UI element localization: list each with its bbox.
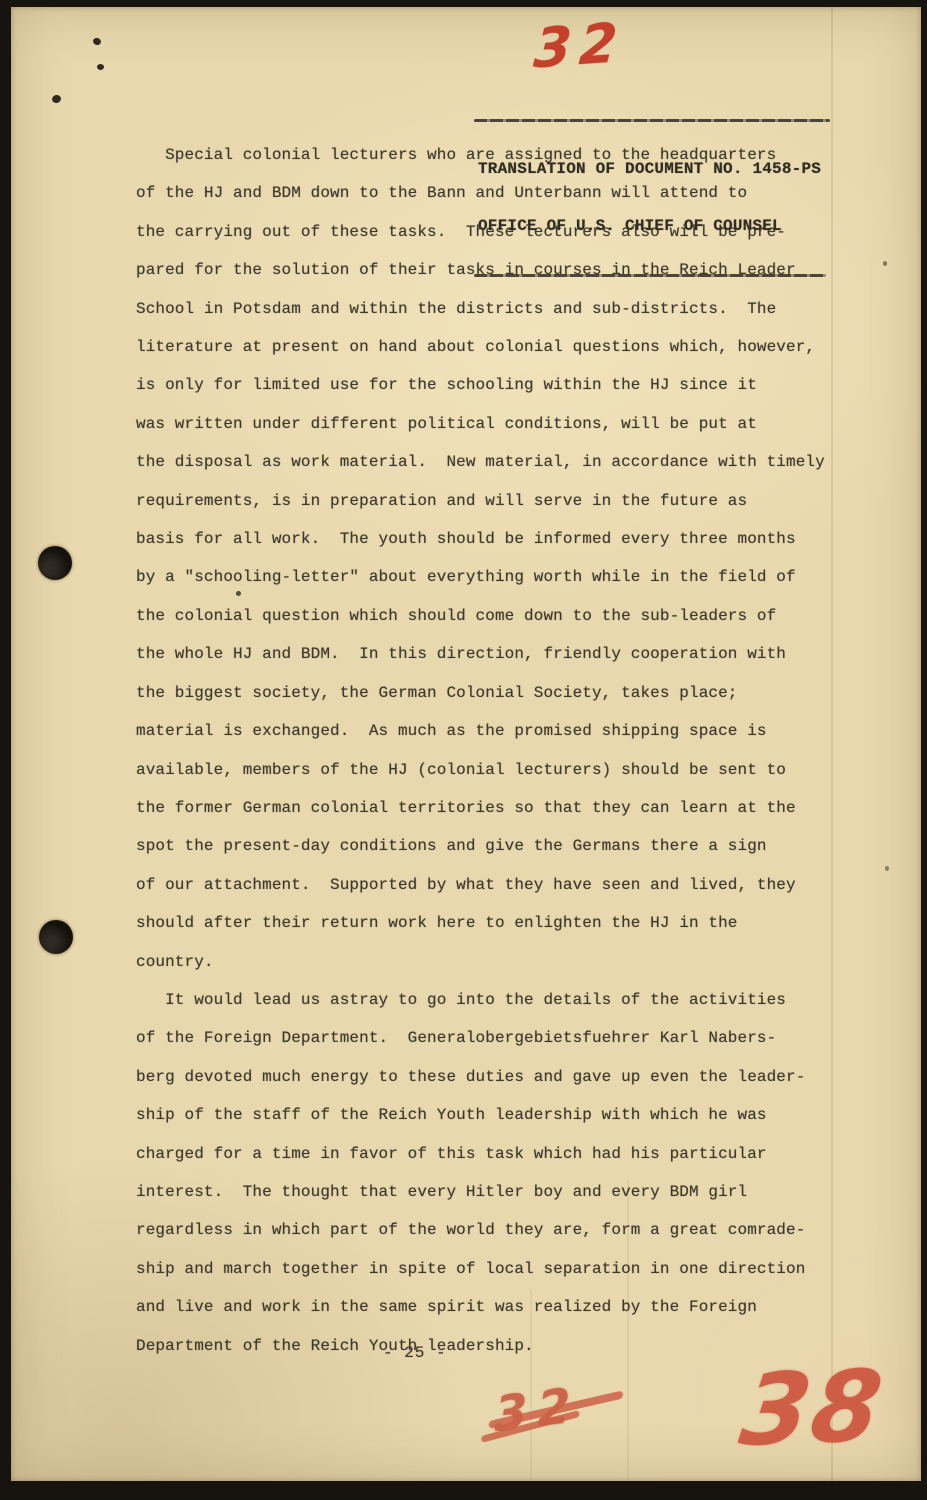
header-overline [474,119,830,122]
text-line: of the HJ and BDM down to the Bann and U… [136,174,836,212]
handwritten-page-number-bottom: 38 [734,1349,890,1469]
text-line: of the Foreign Department. Generaloberge… [136,1019,836,1057]
text-line: Special colonial lecturers who are assig… [136,136,836,174]
text-line: material is exchanged. As much as the pr… [136,712,836,750]
text-line: ship of the staff of the Reich Youth lea… [136,1096,836,1134]
ink-speck [883,261,887,266]
text-line: available, members of the HJ (colonial l… [136,751,836,789]
text-line: spot the present-day conditions and give… [136,827,836,865]
text-line: literature at present on hand about colo… [136,328,836,366]
text-line: should after their return work here to e… [136,904,836,942]
text-line: pared for the solution of their tasks in… [136,251,836,289]
scanned-document: 32 TRANSLATION OF DOCUMENT NO. 1458-PS O… [0,0,927,1500]
text-line: country. [136,943,836,981]
text-line: was written under different political co… [136,405,836,443]
text-line: regardless in which part of the world th… [136,1211,836,1249]
text-line: of our attachment. Supported by what the… [136,866,836,904]
text-line: requirements, is in preparation and will… [136,482,836,520]
handwritten-page-number-top: 32 [532,11,627,81]
hole-punch [39,920,73,954]
text-line: It would lead us astray to go into the d… [136,981,836,1019]
text-line: is only for limited use for the schoolin… [136,366,836,404]
text-line: charged for a time in favor of this task… [136,1135,836,1173]
text-line: ship and march together in spite of loca… [136,1250,836,1288]
text-line: and live and work in the same spirit was… [136,1288,836,1326]
ink-speck [97,64,104,70]
text-line: by a "schooling-letter" about everything… [136,558,836,596]
text-line: interest. The thought that every Hitler … [136,1173,836,1211]
text-line: Department of the Reich Youth leadership… [136,1327,836,1365]
hole-punch [38,546,72,580]
text-line: the former German colonial territories s… [136,789,836,827]
handwritten-crossed-out-number: 32 [494,1377,581,1444]
text-line: the whole HJ and BDM. In this direction,… [136,635,836,673]
page-number: - 25 - [383,1344,447,1362]
text-line: the disposal as work material. New mater… [136,443,836,481]
ink-speck [236,591,241,596]
text-line: the biggest society, the German Colonial… [136,674,836,712]
text-line: School in Potsdam and within the distric… [136,290,836,328]
document-body: Special colonial lecturers who are assig… [136,136,836,1365]
text-line: basis for all work. The youth should be … [136,520,836,558]
text-line: the colonial question which should come … [136,597,836,635]
ink-speck [885,866,889,871]
text-line: the carrying out of these tasks. These l… [136,213,836,251]
text-line: berg devoted much energy to these duties… [136,1058,836,1096]
